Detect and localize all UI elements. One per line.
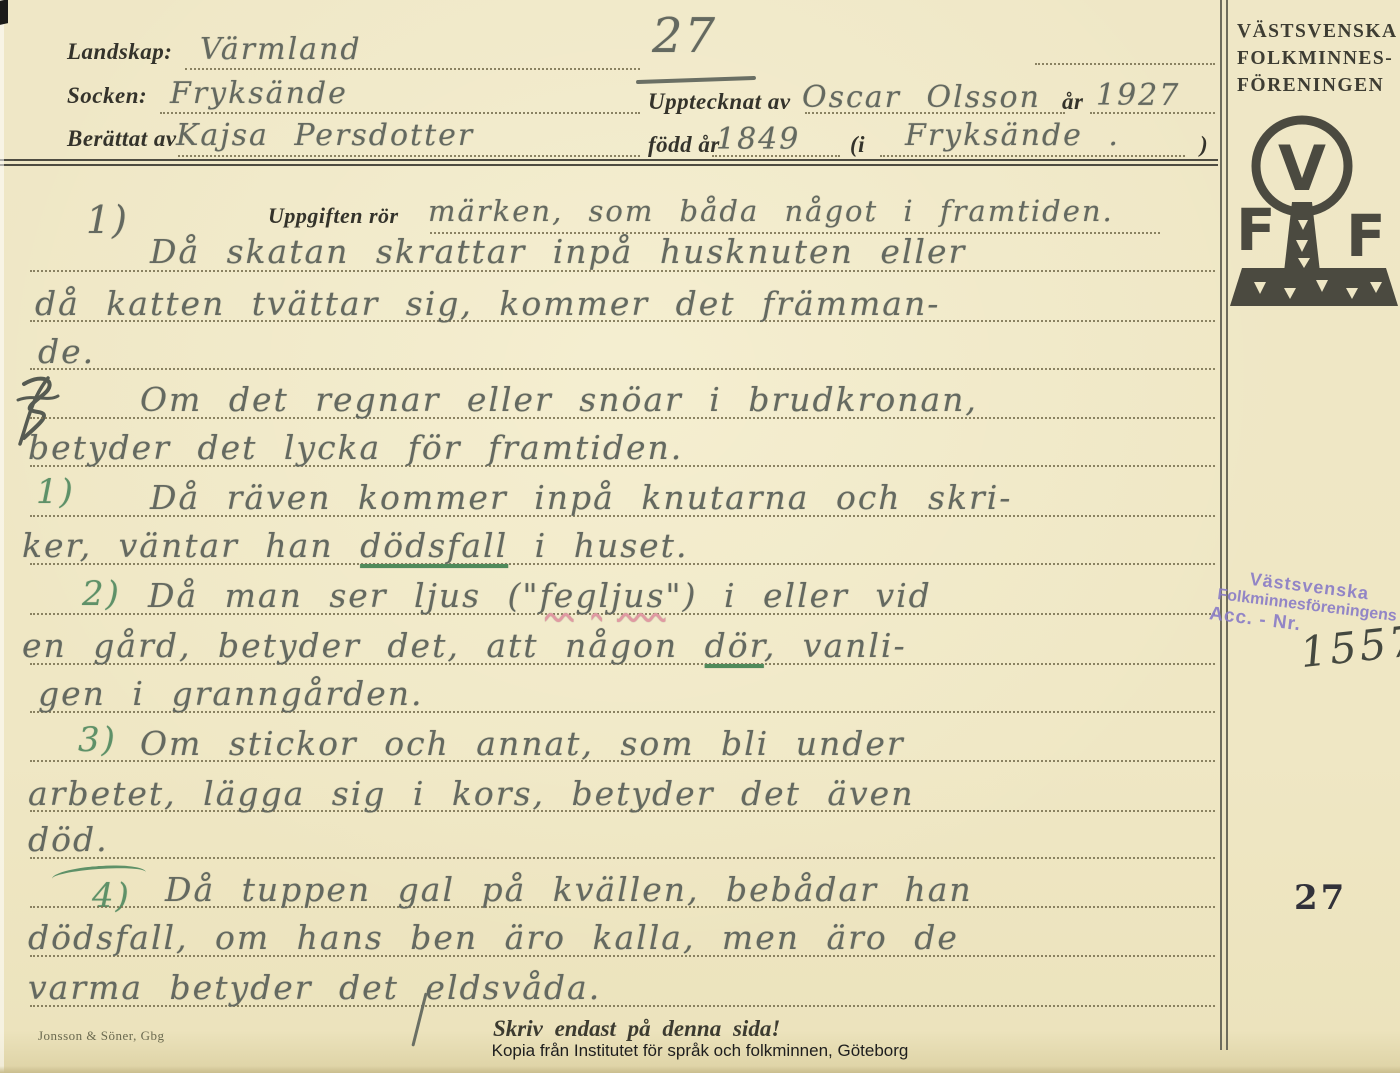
recorded-year-label: år — [1062, 89, 1083, 115]
logo-letter-f-right: F — [1346, 202, 1386, 270]
manuscript-line: då katten tvättar sig, kommer det främma… — [35, 284, 940, 324]
header-divider-top — [0, 159, 1218, 161]
underlined-word-dodsfall: dödsfall — [360, 526, 508, 565]
paper-left-edge — [0, 0, 4, 1073]
manuscript-line: arbetet, lägga sig i kors, betyder det ä… — [28, 774, 914, 814]
manuscript-line: en gård, betyder det, att någon dör, van… — [22, 626, 907, 666]
manuscript-line: de. — [38, 332, 95, 372]
topic-label: Uppgiften rör — [268, 203, 399, 229]
manuscript-line: Om det regnar eller snöar i brudkronan, — [140, 380, 978, 420]
margin-number-green-1: 1) — [36, 472, 75, 512]
line-text: ker, väntar han — [22, 526, 360, 565]
manuscript-line: död. — [28, 820, 109, 860]
corner-mark — [0, 0, 8, 25]
manuscript-line: betyder det lycka för framtiden. — [28, 428, 683, 468]
logo-letter-v: V — [1278, 132, 1326, 205]
born-label: född år — [648, 132, 720, 158]
born-paren-open: (i — [850, 132, 865, 158]
manuscript-line: Om stickor och annat, som bli under — [140, 724, 905, 764]
page-number-stamp: 27 — [1294, 878, 1347, 918]
recorded-name-value: Oscar Olsson — [802, 80, 1041, 115]
margin-number-green-2: 2) — [82, 574, 121, 614]
column-divider-outer — [1220, 0, 1222, 1050]
field-rule-socken — [160, 112, 640, 114]
margin-number-green-3: 3) — [78, 720, 117, 760]
organization-name: VÄSTSVENSKA FOLKMINNES- FÖRENINGEN — [1237, 18, 1398, 99]
manuscript-line: varma betyder det eldsvåda. — [28, 968, 601, 1008]
field-rule-berattat-av — [178, 155, 640, 157]
manuscript-line: gen i granngården. — [38, 674, 424, 714]
ruled-line — [30, 368, 1215, 370]
margin-number-pencil-1: 1) — [86, 198, 129, 242]
logo-letter-f-left: F — [1236, 196, 1276, 264]
born-paren-close: ) — [1200, 132, 1208, 158]
manuscript-line: dödsfall, om hans ben äro kalla, men äro… — [28, 918, 959, 958]
line-text: i huset. — [508, 526, 688, 565]
manuscript-line: ker, väntar han dödsfall i huset. — [22, 526, 688, 566]
recorded-year-value: 1927 — [1096, 78, 1180, 113]
topic-value: märken, som båda något i framtiden. — [428, 194, 1114, 228]
manuscript-line: Då räven kommer inpå knutarna och skri- — [150, 478, 1012, 518]
blank-rule-top-right — [1035, 63, 1215, 65]
thors-hammer-logo: V F F — [1228, 100, 1400, 314]
organization-name-line: FOLKMINNES- — [1237, 45, 1398, 72]
write-one-side-instruction: Skriv endast på denna sida! — [493, 1016, 780, 1042]
field-value-landskap: Värmland — [200, 32, 362, 67]
underlined-word-fegljus: fegljus — [540, 576, 666, 615]
born-place-rule — [880, 155, 1185, 157]
field-label-landskap: Landskap: — [67, 39, 172, 65]
organization-name-line: VÄSTSVENSKA — [1237, 18, 1398, 45]
line-text: , vanli- — [764, 626, 907, 665]
manuscript-line: Då man ser ljus ("fegljus") i eller vid — [148, 576, 932, 616]
born-place-value: Fryksände . — [905, 118, 1120, 153]
manuscript-line: Då tuppen gal på kvällen, bebådar han — [165, 870, 973, 910]
line-text: ") i eller vid — [665, 576, 931, 615]
line-text: en gård, betyder det, att någon — [22, 626, 705, 665]
born-year-value: 1849 — [716, 122, 800, 157]
field-rule-landskap — [185, 68, 640, 70]
recorded-label: Upptecknat av — [648, 89, 791, 115]
line-text: Då man ser ljus (" — [148, 576, 540, 615]
archive-copy-note: Kopia från Institutet för språk och folk… — [0, 1041, 1400, 1061]
ruled-line — [30, 857, 1215, 859]
field-label-socken: Socken: — [67, 83, 147, 109]
field-value-berattat-av: Kajsa Persdotter — [176, 118, 474, 153]
underlined-word-dor: dör — [705, 626, 764, 665]
handwritten-page-number: 27 — [652, 8, 717, 64]
field-label-berattat-av: Berättat av — [67, 126, 177, 152]
organization-name-line: FÖRENINGEN — [1237, 72, 1398, 99]
manuscript-line: Då skatan skrattar inpå husknuten eller — [150, 232, 966, 272]
paper-bottom-edge — [0, 1066, 1400, 1073]
header-divider-bottom — [0, 164, 1218, 166]
field-value-socken: Fryksände — [170, 76, 348, 111]
